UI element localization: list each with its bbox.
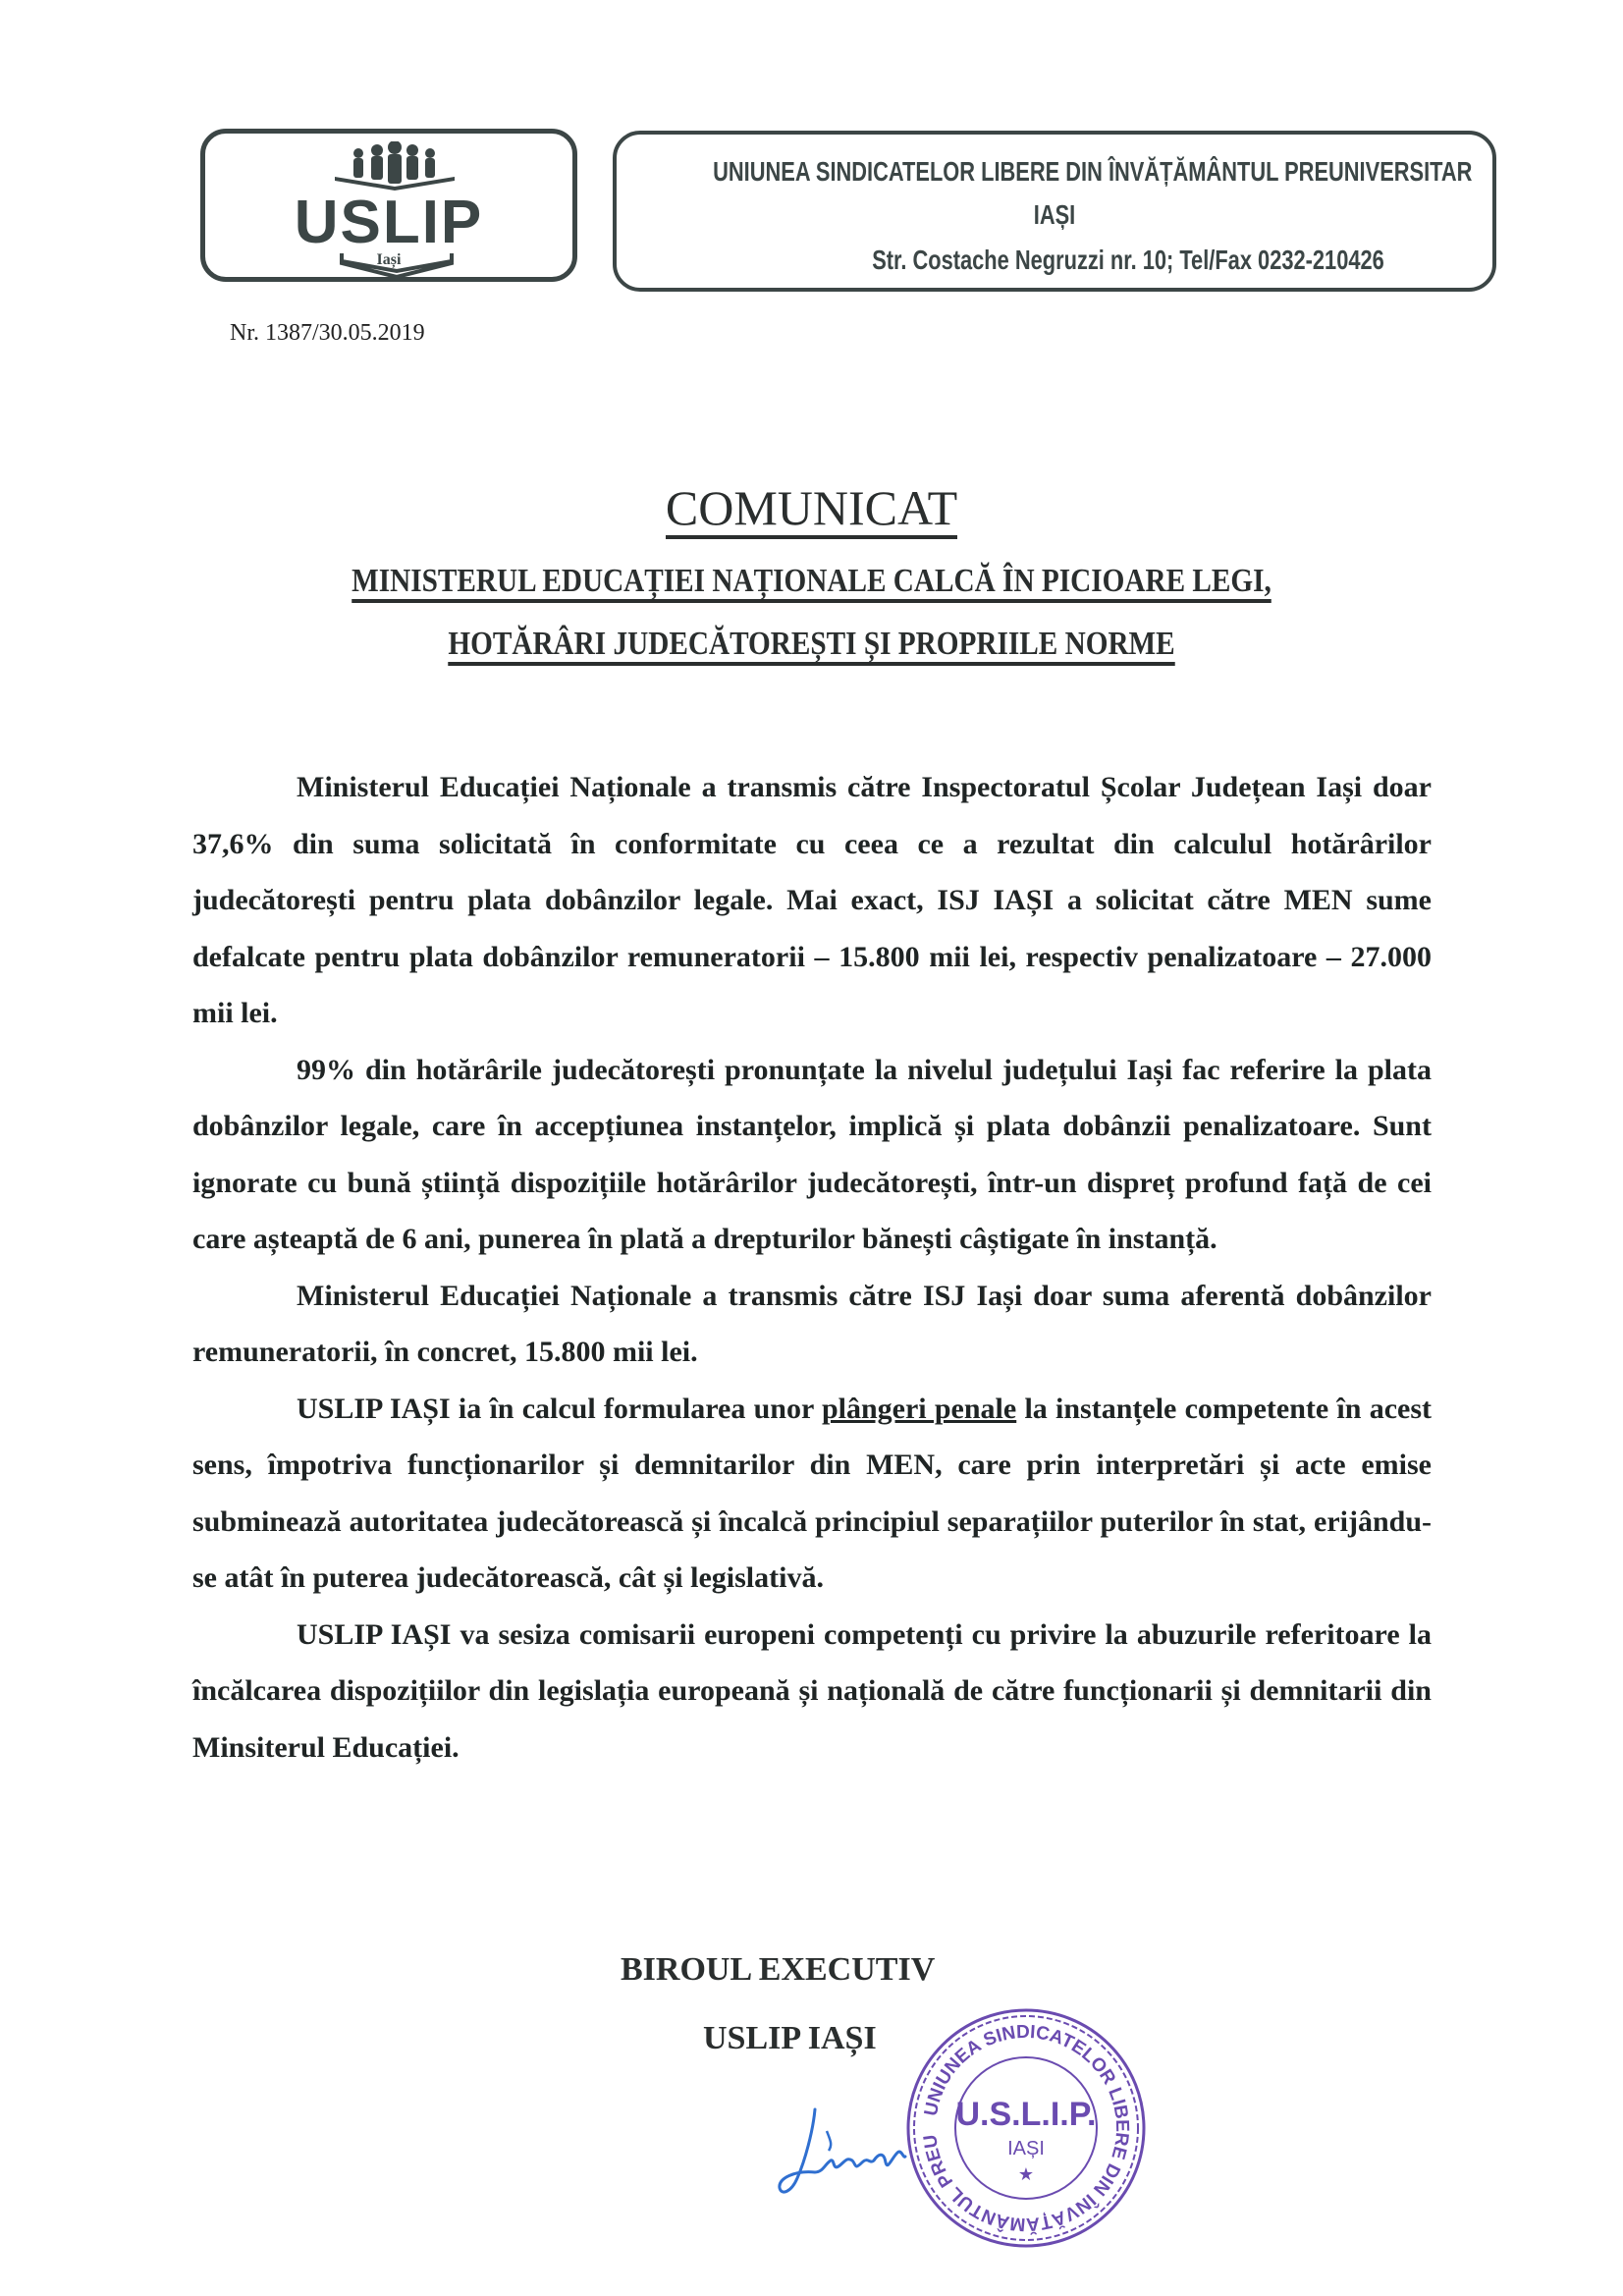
stamp-center-text: U.S.L.I.P. xyxy=(956,2096,1097,2133)
subtitle-text: MINISTERUL EDUCAȚIEI NAȚIONALE CALCĂ ÎN … xyxy=(352,563,1271,603)
subtitle-text: HOTĂRÂRI JUDECĂTOREȘTI ȘI PROPRIILE NORM… xyxy=(448,626,1174,666)
document-subtitle-line-1: MINISTERUL EDUCAȚIEI NAȚIONALE CALCĂ ÎN … xyxy=(114,563,1510,600)
paragraph: USLIP IAȘI ia în calcul formularea unor … xyxy=(192,1381,1432,1607)
people-icon xyxy=(331,141,459,192)
stamp-city: IAȘI xyxy=(1007,2138,1045,2159)
document-number: Nr. 1387/30.05.2019 xyxy=(230,320,425,347)
paragraph: USLIP IAȘI va sesiza comisarii europeni … xyxy=(192,1607,1432,1777)
document-subtitle-line-2: HOTĂRÂRI JUDECĂTOREȘTI ȘI PROPRIILE NORM… xyxy=(114,626,1510,663)
underlined-phrase: plângeri penale xyxy=(822,1393,1016,1425)
paragraph: 99% din hotărârile judecătorești pronunț… xyxy=(192,1042,1432,1268)
logo-text: USLIP xyxy=(205,192,572,253)
organization-address: Str. Costache Negruzzi nr. 10; Tel/Fax 0… xyxy=(844,245,1413,276)
organization-stamp: UNIUNEA SINDICATELOR LIBERE DIN ÎNVĂȚĂMÂ… xyxy=(903,2005,1149,2251)
organization-city: IAȘI xyxy=(713,199,1396,231)
document-title: COMUNICAT xyxy=(0,479,1623,536)
organization-name: UNIUNEA SINDICATELOR LIBERE DIN ÎNVĂȚĂMÂ… xyxy=(713,156,1396,188)
paragraph: Ministerul Educației Naționale a transmi… xyxy=(192,759,1432,1042)
document-body: Ministerul Educației Naționale a transmi… xyxy=(192,759,1432,1776)
shield-icon xyxy=(338,249,456,279)
uslip-logo: USLIP Iași xyxy=(200,129,577,282)
handwritten-signature xyxy=(776,2102,923,2200)
organization-header: UNIUNEA SINDICATELOR LIBERE DIN ÎNVĂȚĂMÂ… xyxy=(613,131,1496,292)
signatory-office: BIROUL EXECUTIV xyxy=(621,1951,935,1989)
paragraph: Ministerul Educației Naționale a transmi… xyxy=(192,1268,1432,1381)
paragraph-text: USLIP IAȘI ia în calcul formularea unor xyxy=(297,1393,822,1425)
star-icon: ★ xyxy=(1018,2164,1034,2185)
signatory-organization: USLIP IAȘI xyxy=(703,2020,877,2057)
document-title-text: COMUNICAT xyxy=(666,480,957,539)
